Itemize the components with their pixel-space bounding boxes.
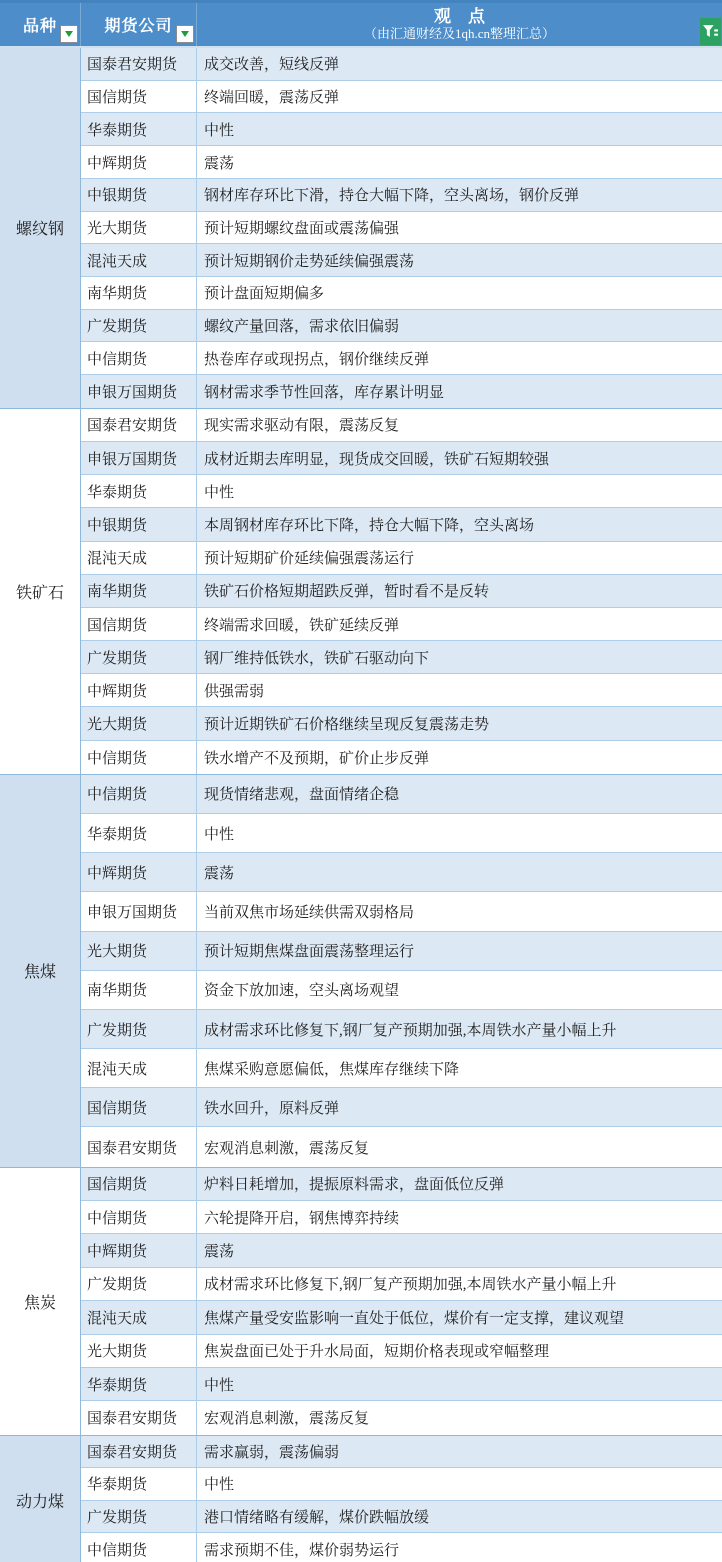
opinion-cell[interactable]: 预计短期螺纹盘面或震荡偏强 [197,212,722,244]
table-row: 南华期货 铁矿石价格短期超跌反弹，暂时看不是反转 [81,575,722,608]
company-cell[interactable]: 光大期货 [81,932,197,970]
opinion-cell[interactable]: 中性 [197,1368,722,1400]
table-row: 光大期货 预计短期螺纹盘面或震荡偏强 [81,212,722,245]
variety-cell[interactable]: 焦煤 [0,775,81,1167]
company-cell[interactable]: 国信期货 [81,608,197,640]
table-row: 国泰君安期货 宏观消息刺激，震荡反复 [81,1127,722,1166]
company-cell[interactable]: 华泰期货 [81,1468,197,1500]
company-cell[interactable]: 中辉期货 [81,674,197,706]
table-row: 申银万国期货 成材近期去库明显，现货成交回暖，铁矿石短期较强 [81,442,722,475]
section-rows: 国信期货 炉料日耗增加，提振原料需求，盘面低位反弹 中信期货 六轮提降开启，钢焦… [81,1168,722,1435]
opinion-cell[interactable]: 港口情绪略有缓解，煤价跌幅放缓 [197,1501,722,1533]
opinion-cell[interactable]: 资金下放加速，空头离场观望 [197,971,722,1009]
table-row: 中银期货 钢材库存环比下滑，持仓大幅下降，空头离场，钢价反弹 [81,179,722,212]
opinion-cell[interactable]: 震荡 [197,1234,722,1266]
company-cell[interactable]: 中辉期货 [81,1234,197,1266]
opinion-column-title: 观 点 [434,7,485,27]
opinion-cell[interactable]: 需求赢弱，震荡偏弱 [197,1436,722,1468]
table-row: 国泰君安期货 现实需求驱动有限，震荡反复 [81,409,722,442]
company-cell[interactable]: 南华期货 [81,971,197,1009]
company-cell[interactable]: 华泰期货 [81,113,197,145]
table-row: 中银期货 本周钢材库存环比下降，持仓大幅下降，空头离场 [81,508,722,541]
opinion-cell[interactable]: 预计盘面短期偏多 [197,277,722,309]
section-rows: 国泰君安期货 需求赢弱，震荡偏弱 华泰期货 中性 广发期货 港口情绪略有缓解，煤… [81,1436,722,1562]
table-row: 光大期货 预计近期铁矿石价格继续呈现反复震荡走势 [81,707,722,740]
table-row: 国泰君安期货 成交改善，短线反弹 [81,48,722,81]
company-cell[interactable]: 混沌天成 [81,1049,197,1087]
company-cell[interactable]: 混沌天成 [81,542,197,574]
opinion-cell[interactable]: 预计短期焦煤盘面震荡整理运行 [197,932,722,970]
opinion-cell[interactable]: 现实需求驱动有限，震荡反复 [197,409,722,441]
table-row: 中信期货 六轮提降开启，钢焦博弈持续 [81,1201,722,1234]
company-cell[interactable]: 中信期货 [81,775,197,813]
company-cell[interactable]: 中信期货 [81,741,197,774]
table-row: 华泰期货 中性 [81,814,722,853]
section-rows: 国泰君安期货 现实需求驱动有限，震荡反复 申银万国期货 成材近期去库明显，现货成… [81,409,722,774]
header-cell-variety: 品种 [0,3,81,46]
table-row: 混沌天成 预计短期钢价走势延续偏强震荡 [81,244,722,277]
company-cell[interactable]: 中银期货 [81,508,197,540]
table-row: 混沌天成 预计短期矿价延续偏强震荡运行 [81,542,722,575]
company-cell[interactable]: 国泰君安期货 [81,1401,197,1434]
opinion-cell[interactable]: 成材近期去库明显，现货成交回暖，铁矿石短期较强 [197,442,722,474]
opinion-cell[interactable]: 钢材库存环比下滑，持仓大幅下降，空头离场，钢价反弹 [197,179,722,211]
company-cell[interactable]: 南华期货 [81,575,197,607]
company-cell[interactable]: 华泰期货 [81,475,197,507]
opinion-cell[interactable]: 钢材需求季节性回落，库存累计明显 [197,375,722,408]
company-cell[interactable]: 中辉期货 [81,853,197,891]
opinion-cell[interactable]: 焦炭盘面已处于升水局面，短期价格表现或窄幅整理 [197,1335,722,1367]
table-header: 品种 期货公司 观 点 （由汇通财经及1qh.cn整理汇总） [0,0,722,48]
section-rows: 国泰君安期货 成交改善，短线反弹 国信期货 终端回暖，震荡反弹 华泰期货 中性 … [81,48,722,408]
filter-funnel-icon [702,23,719,40]
company-cell[interactable]: 混沌天成 [81,244,197,276]
variety-filter-button[interactable] [60,25,78,43]
section-rows: 中信期货 现货情绪悲观，盘面情绪企稳 华泰期货 中性 中辉期货 震荡 申银万国期… [81,775,722,1167]
company-cell[interactable]: 国泰君安期货 [81,1127,197,1166]
company-cell[interactable]: 中信期货 [81,1201,197,1233]
company-cell[interactable]: 华泰期货 [81,814,197,852]
company-cell[interactable]: 混沌天成 [81,1301,197,1333]
company-cell[interactable]: 中辉期货 [81,146,197,178]
table-row: 申银万国期货 钢材需求季节性回落，库存累计明显 [81,375,722,408]
funnel-filter-button[interactable] [700,18,721,45]
opinion-cell[interactable]: 焦煤采购意愿偏低，焦煤库存继续下降 [197,1049,722,1087]
table-body: 螺纹钢 国泰君安期货 成交改善，短线反弹 国信期货 终端回暖，震荡反弹 华泰期货… [0,48,722,1562]
opinion-cell[interactable]: 铁矿石价格短期超跌反弹，暂时看不是反转 [197,575,722,607]
variety-column-label: 品种 [23,13,57,36]
table-row: 国泰君安期货 需求赢弱，震荡偏弱 [81,1436,722,1469]
variety-section: 焦炭 国信期货 炉料日耗增加，提振原料需求，盘面低位反弹 中信期货 六轮提降开启… [0,1168,722,1436]
table-row: 中信期货 需求预期不佳，煤价弱势运行 [81,1533,722,1562]
company-cell[interactable]: 国泰君安期货 [81,1436,197,1468]
opinion-cell[interactable]: 铁水回升，原料反弹 [197,1088,722,1126]
opinion-cell[interactable]: 焦煤产量受安监影响一直处于低位，煤价有一定支撑，建议观望 [197,1301,722,1333]
opinion-cell[interactable]: 中性 [197,1468,722,1500]
company-cell[interactable]: 申银万国期货 [81,375,197,408]
company-cell[interactable]: 中银期货 [81,179,197,211]
company-cell[interactable]: 国信期货 [81,1088,197,1126]
table-row: 南华期货 预计盘面短期偏多 [81,277,722,310]
opinion-cell[interactable]: 铁水增产不及预期，矿价止步反弹 [197,741,722,774]
table-row: 国信期货 炉料日耗增加，提振原料需求，盘面低位反弹 [81,1168,722,1201]
table-row: 广发期货 螺纹产量回落，需求依旧偏弱 [81,310,722,343]
futures-opinions-table: 品种 期货公司 观 点 （由汇通财经及1qh.cn整理汇总） 螺纹钢 [0,0,722,1562]
opinion-cell[interactable]: 螺纹产量回落，需求依旧偏弱 [197,310,722,342]
opinion-cell[interactable]: 终端需求回暖，铁矿延续反弹 [197,608,722,640]
table-row: 中辉期货 震荡 [81,146,722,179]
variety-cell[interactable]: 动力煤 [0,1436,81,1562]
opinion-cell[interactable]: 本周钢材库存环比下降，持仓大幅下降，空头离场 [197,508,722,540]
opinion-cell[interactable]: 预计短期钢价走势延续偏强震荡 [197,244,722,276]
table-row: 中信期货 铁水增产不及预期，矿价止步反弹 [81,741,722,774]
table-row: 广发期货 成材需求环比修复下,钢厂复产预期加强,本周铁水产量小幅上升 [81,1010,722,1049]
variety-section: 焦煤 中信期货 现货情绪悲观，盘面情绪企稳 华泰期货 中性 中辉期货 震荡 申银… [0,775,722,1168]
opinion-cell[interactable]: 震荡 [197,853,722,891]
opinion-cell[interactable]: 成材需求环比修复下,钢厂复产预期加强,本周铁水产量小幅上升 [197,1010,722,1048]
table-row: 中信期货 热卷库存或现拐点，钢价继续反弹 [81,342,722,375]
opinion-cell[interactable]: 成交改善，短线反弹 [197,48,722,80]
company-cell[interactable]: 中信期货 [81,342,197,374]
opinion-cell[interactable]: 六轮提降开启，钢焦博弈持续 [197,1201,722,1233]
opinion-cell[interactable]: 宏观消息刺激，震荡反复 [197,1401,722,1434]
company-cell[interactable]: 国泰君安期货 [81,409,197,441]
table-row: 中信期货 现货情绪悲观，盘面情绪企稳 [81,775,722,814]
company-cell[interactable]: 国信期货 [81,1168,197,1200]
table-row: 华泰期货 中性 [81,475,722,508]
opinion-cell[interactable]: 中性 [197,814,722,852]
table-row: 混沌天成 焦煤产量受安监影响一直处于低位，煤价有一定支撑，建议观望 [81,1301,722,1334]
table-row: 华泰期货 中性 [81,1468,722,1501]
company-filter-button[interactable] [176,25,194,43]
table-row: 广发期货 钢厂维持低铁水，铁矿石驱动向下 [81,641,722,674]
opinion-cell[interactable]: 震荡 [197,146,722,178]
opinion-cell[interactable]: 炉料日耗增加，提振原料需求，盘面低位反弹 [197,1168,722,1200]
opinion-cell[interactable]: 热卷库存或现拐点，钢价继续反弹 [197,342,722,374]
table-row: 光大期货 预计短期焦煤盘面震荡整理运行 [81,932,722,971]
variety-cell[interactable]: 铁矿石 [0,409,81,774]
opinion-cell[interactable]: 终端回暖，震荡反弹 [197,81,722,113]
variety-section: 铁矿石 国泰君安期货 现实需求驱动有限，震荡反复 申银万国期货 成材近期去库明显… [0,409,722,775]
company-cell[interactable]: 光大期货 [81,212,197,244]
table-row: 南华期货 资金下放加速，空头离场观望 [81,971,722,1010]
company-cell[interactable]: 光大期货 [81,707,197,739]
table-row: 光大期货 焦炭盘面已处于升水局面，短期价格表现或窄幅整理 [81,1335,722,1368]
company-cell[interactable]: 国信期货 [81,81,197,113]
company-cell[interactable]: 中信期货 [81,1533,197,1562]
opinion-cell[interactable]: 钢厂维持低铁水，铁矿石驱动向下 [197,641,722,673]
table-row: 国信期货 铁水回升，原料反弹 [81,1088,722,1127]
table-row: 中辉期货 震荡 [81,853,722,892]
opinion-cell[interactable]: 成材需求环比修复下,钢厂复产预期加强,本周铁水产量小幅上升 [197,1268,722,1300]
company-cell[interactable]: 申银万国期货 [81,442,197,474]
table-row: 国信期货 终端需求回暖，铁矿延续反弹 [81,608,722,641]
opinion-cell[interactable]: 当前双焦市场延续供需双弱格局 [197,892,722,930]
company-cell[interactable]: 广发期货 [81,641,197,673]
table-row: 广发期货 港口情绪略有缓解，煤价跌幅放缓 [81,1501,722,1534]
opinion-cell[interactable]: 中性 [197,113,722,145]
company-column-label: 期货公司 [104,13,172,36]
opinion-cell[interactable]: 预计短期矿价延续偏强震荡运行 [197,542,722,574]
company-cell[interactable]: 广发期货 [81,1501,197,1533]
table-row: 华泰期货 中性 [81,113,722,146]
opinion-cell[interactable]: 中性 [197,475,722,507]
company-cell[interactable]: 光大期货 [81,1335,197,1367]
opinion-column-subtitle: （由汇通财经及1qh.cn整理汇总） [364,27,555,42]
company-cell[interactable]: 申银万国期货 [81,892,197,930]
chevron-down-icon [65,31,73,37]
opinion-cell[interactable]: 现货情绪悲观，盘面情绪企稳 [197,775,722,813]
chevron-down-icon [181,31,189,37]
opinion-cell[interactable]: 需求预期不佳，煤价弱势运行 [197,1533,722,1562]
table-row: 中辉期货 震荡 [81,1234,722,1267]
company-cell[interactable]: 广发期货 [81,1010,197,1048]
header-cell-opinion: 观 点 （由汇通财经及1qh.cn整理汇总） [197,3,722,46]
table-row: 广发期货 成材需求环比修复下,钢厂复产预期加强,本周铁水产量小幅上升 [81,1268,722,1301]
variety-cell[interactable]: 焦炭 [0,1168,81,1435]
table-row: 国泰君安期货 宏观消息刺激，震荡反复 [81,1401,722,1434]
variety-cell[interactable]: 螺纹钢 [0,48,81,408]
variety-section: 螺纹钢 国泰君安期货 成交改善，短线反弹 国信期货 终端回暖，震荡反弹 华泰期货… [0,48,722,409]
table-row: 混沌天成 焦煤采购意愿偏低，焦煤库存继续下降 [81,1049,722,1088]
opinion-cell[interactable]: 预计近期铁矿石价格继续呈现反复震荡走势 [197,707,722,739]
table-row: 华泰期货 中性 [81,1368,722,1401]
opinion-cell[interactable]: 宏观消息刺激，震荡反复 [197,1127,722,1166]
header-cell-company: 期货公司 [81,3,197,46]
company-cell[interactable]: 华泰期货 [81,1368,197,1400]
opinion-cell[interactable]: 供强需弱 [197,674,722,706]
table-row: 中辉期货 供强需弱 [81,674,722,707]
table-row: 国信期货 终端回暖，震荡反弹 [81,81,722,114]
table-row: 申银万国期货 当前双焦市场延续供需双弱格局 [81,892,722,931]
company-cell[interactable]: 广发期货 [81,1268,197,1300]
variety-section: 动力煤 国泰君安期货 需求赢弱，震荡偏弱 华泰期货 中性 广发期货 港口情绪略有… [0,1436,722,1562]
company-cell[interactable]: 广发期货 [81,310,197,342]
company-cell[interactable]: 南华期货 [81,277,197,309]
company-cell[interactable]: 国泰君安期货 [81,48,197,80]
